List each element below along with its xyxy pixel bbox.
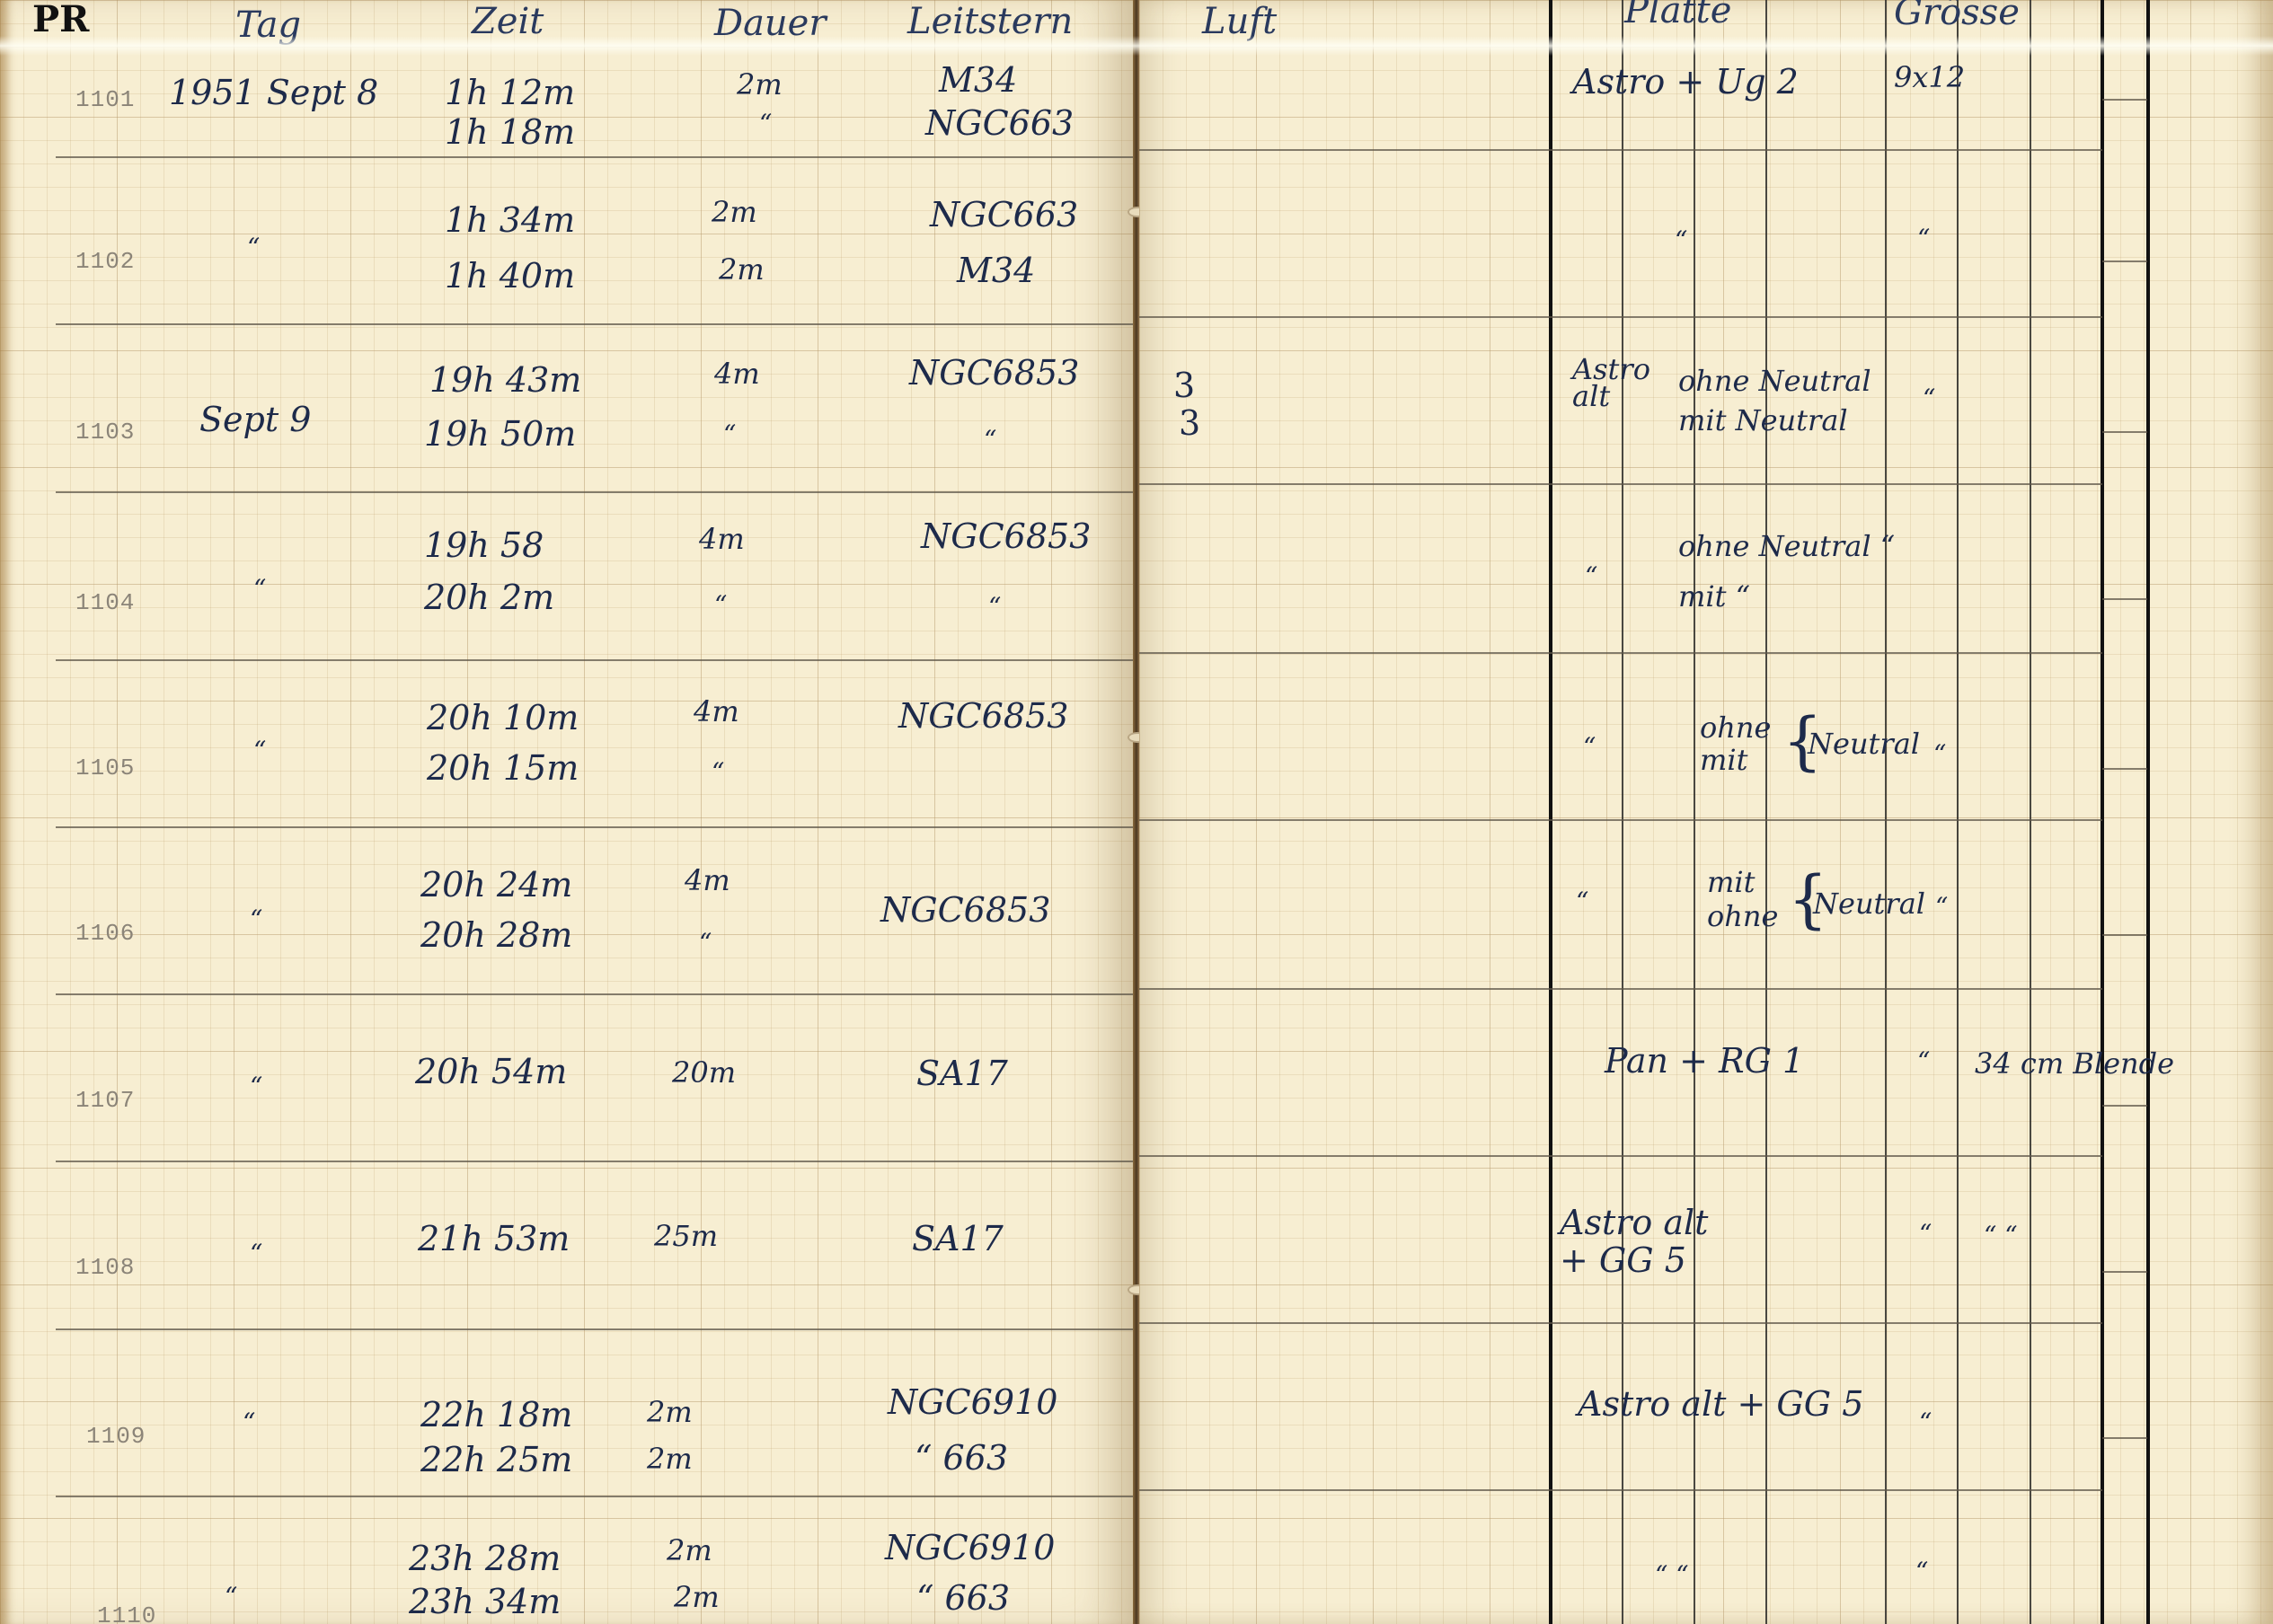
- filter-note: ohne Neutral “: [1678, 532, 1895, 560]
- day-cell: “: [250, 1074, 262, 1099]
- filter-note: ohne: [1707, 902, 1778, 931]
- guide-star-cell: NGC663: [930, 198, 1078, 232]
- day-cell: Sept 9: [199, 402, 311, 437]
- row-divider: [56, 491, 1134, 493]
- filter-note: mit: [1700, 746, 1747, 774]
- guide-star-cell: M34: [957, 253, 1035, 287]
- duration-cell: 2m: [737, 70, 783, 99]
- duration-cell: 2m: [712, 198, 757, 226]
- plate-number: 1106: [75, 920, 135, 947]
- plate-number: 1107: [75, 1087, 135, 1114]
- row-divider: [1139, 819, 2102, 821]
- plate-type-cell: Pan + RG 1: [1605, 1044, 1804, 1078]
- size-cell: “: [1935, 895, 1948, 920]
- time-cell: 20h 15m: [427, 751, 579, 785]
- row-divider: [1139, 149, 2102, 151]
- duration-cell: “: [759, 111, 772, 137]
- time-cell: 19h 58: [424, 528, 544, 562]
- column-rule: [1765, 0, 1767, 1624]
- column-rule: [1549, 0, 1552, 1624]
- size-cell: “: [1923, 386, 1935, 411]
- row-divider: [2102, 1105, 2147, 1107]
- row-divider: [56, 826, 1134, 828]
- column-rule: [2101, 0, 2104, 1624]
- plate-type-cell: “: [1583, 735, 1596, 760]
- header-plate-number: PR: [32, 2, 89, 38]
- size-cell: “: [1915, 1559, 1928, 1584]
- time-cell: 19h 43m: [429, 363, 581, 397]
- guide-star-cell: “: [988, 595, 1001, 620]
- guide-star-cell: NGC6853: [909, 356, 1079, 390]
- row-divider: [2102, 431, 2147, 433]
- duration-cell: 2m: [647, 1444, 693, 1473]
- row-divider: [56, 993, 1134, 995]
- time-cell: 22h 18m: [420, 1398, 572, 1432]
- column-rule: [1885, 0, 1887, 1624]
- plate-number: 1103: [75, 419, 135, 446]
- size-cell: “: [1917, 1049, 1930, 1074]
- day-cell: “: [250, 907, 262, 932]
- plate-number: 1102: [75, 248, 135, 275]
- filter-note: ohne: [1700, 713, 1771, 742]
- column-rule: [1957, 0, 1959, 1624]
- row-divider: [2102, 260, 2147, 262]
- guide-star-cell: “: [984, 428, 996, 453]
- filter-note: Neutral: [1813, 889, 1925, 918]
- duration-cell: 2m: [667, 1536, 712, 1565]
- filter-note: Neutral: [1808, 729, 1920, 758]
- header-duration: Dauer: [714, 5, 826, 41]
- guide-star-cell: NGC6853: [921, 519, 1091, 553]
- duration-cell: “: [699, 931, 712, 956]
- guide-star-cell: SA17: [912, 1222, 1004, 1256]
- guide-star-cell: NGC6853: [898, 699, 1068, 733]
- plate-number: 1108: [75, 1254, 135, 1281]
- duration-cell: 4m: [714, 359, 760, 388]
- day-cell: “: [253, 577, 266, 602]
- duration-cell: 4m: [699, 525, 745, 553]
- row-divider: [56, 156, 1134, 158]
- duration-cell: “: [714, 593, 727, 618]
- row-divider: [56, 659, 1134, 661]
- duration-cell: 2m: [674, 1583, 720, 1611]
- size-cell: “: [1919, 1222, 1932, 1247]
- column-rule: [1622, 0, 1623, 1624]
- filter-note: ohne Neutral: [1678, 366, 1871, 395]
- day-cell: “: [225, 1584, 237, 1610]
- time-cell: 23h 34m: [409, 1584, 561, 1619]
- size-cell: “: [1933, 742, 1946, 767]
- time-cell: 20h 2m: [424, 580, 554, 614]
- row-divider: [2102, 1271, 2147, 1273]
- time-cell: 20h 54m: [415, 1055, 567, 1089]
- filter-note: mit “: [1678, 582, 1750, 611]
- plate-number: 1104: [75, 589, 135, 616]
- header-air: Luft: [1202, 4, 1277, 40]
- day-cell: “: [253, 738, 266, 763]
- time-cell: 20h 10m: [427, 701, 579, 735]
- day-cell: “: [247, 235, 260, 260]
- time-cell: 1h 40m: [445, 259, 575, 293]
- row-divider: [1139, 652, 2102, 654]
- day-cell: “: [243, 1410, 255, 1435]
- column-rule: [2146, 0, 2150, 1624]
- column-rule: [2030, 0, 2031, 1624]
- plate-type-cell: Astro alt + GG 5: [1560, 1204, 1739, 1279]
- time-cell: 1h 12m: [445, 75, 575, 110]
- plate-number: 1101: [75, 86, 135, 113]
- duration-cell: 25m: [654, 1222, 718, 1250]
- time-cell: 22h 25m: [420, 1443, 572, 1477]
- plate-type-cell: “: [1585, 564, 1597, 589]
- filter-note: mit Neutral: [1678, 406, 1848, 435]
- left-page: PR Tag Zeit Dauer Leitstern 1101 1951 Se…: [0, 0, 1134, 1624]
- row-divider: [56, 1496, 1134, 1497]
- row-divider: [1139, 1489, 2102, 1491]
- row-divider: [56, 1161, 1134, 1162]
- air-cell: 3: [1173, 368, 1195, 402]
- header-size: Grösse: [1894, 0, 2020, 31]
- row-divider: [1139, 483, 2102, 485]
- column-rule: [1694, 0, 1695, 1624]
- duration-cell: 4m: [694, 697, 739, 726]
- duration-cell: “: [723, 422, 736, 447]
- time-cell: 19h 50m: [424, 417, 576, 451]
- plate-type-cell: Astro alt + GG 5: [1578, 1387, 1863, 1421]
- plate-type-cell: Astro + Ug 2: [1572, 65, 1799, 99]
- guide-star-cell: NGC6853: [880, 893, 1050, 927]
- plate-number: 1109: [86, 1423, 146, 1450]
- plate-type-cell: Astro alt: [1572, 356, 1671, 410]
- duration-cell: 2m: [719, 255, 765, 284]
- row-divider: [1139, 316, 2102, 318]
- time-cell: 20h 24m: [420, 868, 572, 902]
- guide-star-cell: SA17: [916, 1056, 1008, 1090]
- header-plate-type: Platte: [1624, 0, 1731, 29]
- plate-type-cell: “: [1576, 889, 1588, 914]
- row-divider: [2102, 598, 2147, 600]
- duration-cell: “: [712, 760, 724, 785]
- day-cell: “: [250, 1241, 262, 1267]
- time-cell: 1h 34m: [445, 203, 575, 237]
- row-divider: [1139, 1155, 2102, 1157]
- guide-star-cell: NGC6910: [885, 1531, 1055, 1565]
- plate-number: 1105: [75, 755, 135, 781]
- time-cell: 1h 18m: [445, 115, 575, 149]
- air-cell: 3: [1179, 406, 1200, 440]
- row-divider: [2102, 1437, 2147, 1439]
- row-divider: [56, 323, 1134, 325]
- row-divider: [2102, 768, 2147, 770]
- row-divider: [2102, 99, 2147, 101]
- filter-note: mit: [1707, 868, 1755, 896]
- plate-type-cell: “ “: [1655, 1563, 1689, 1588]
- guide-star-cell: M34: [939, 63, 1017, 97]
- day-cell: 1951 Sept 8: [169, 75, 378, 110]
- duration-cell: 2m: [647, 1398, 693, 1426]
- duration-cell: 20m: [672, 1058, 736, 1087]
- plate-type-cell: “: [1675, 228, 1687, 253]
- row-divider: [1139, 988, 2102, 990]
- guide-star-cell: “ 663: [916, 1581, 1010, 1615]
- header-guide-star: Leitstern: [907, 4, 1073, 40]
- size-cell: “: [1917, 226, 1930, 252]
- guide-star-cell: NGC663: [925, 106, 1074, 140]
- row-divider: [2102, 934, 2147, 936]
- time-cell: 23h 28m: [409, 1541, 561, 1575]
- row-divider: [1139, 1322, 2102, 1324]
- extra-cell: “ “: [1984, 1223, 2018, 1249]
- header-time: Zeit: [472, 4, 544, 40]
- guide-star-cell: “ 663: [915, 1441, 1008, 1475]
- size-cell: “: [1919, 1410, 1932, 1435]
- aperture-note: 34 cm Blende: [1975, 1049, 2174, 1078]
- guide-star-cell: NGC6910: [888, 1385, 1057, 1419]
- header-day: Tag: [235, 7, 301, 43]
- row-divider: [56, 1328, 1134, 1330]
- right-page: Luft Platte Grösse Astro + Ug 2 9x12 “ “…: [1139, 0, 2273, 1624]
- time-cell: 21h 53m: [418, 1222, 570, 1256]
- plate-number: 1110: [97, 1602, 156, 1624]
- duration-cell: 4m: [685, 866, 730, 895]
- size-cell: 9x12: [1894, 63, 1965, 92]
- time-cell: 20h 28m: [420, 918, 572, 952]
